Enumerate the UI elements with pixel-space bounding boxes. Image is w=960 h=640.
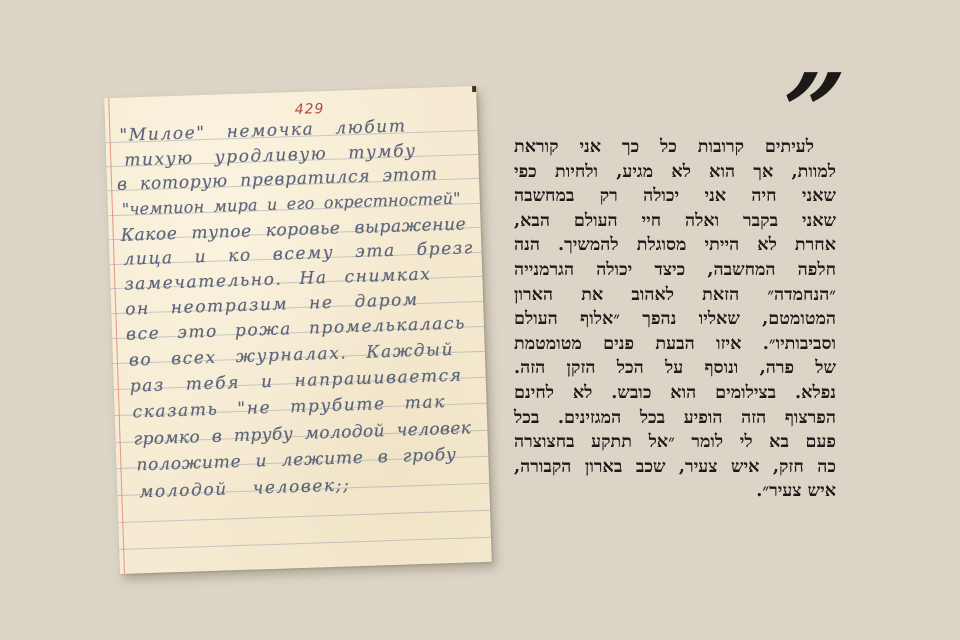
page-number: 429: [294, 101, 324, 118]
handwritten-line: сказать "не трубите так: [132, 392, 446, 422]
handwritten-line: положите и лежите в гробу: [136, 445, 457, 476]
handwritten-line: громко в трубу молодой человек: [133, 418, 471, 449]
handwritten-line: во всех журналах. Каждый: [129, 340, 455, 371]
quote-text: לעיתים קרובות כל כך אני קוראת למוות, אך …: [514, 135, 836, 504]
letter-paper: 429 "Милое" немочка любит тихую уродливу…: [104, 86, 492, 574]
quote-line: פעם בא לי לומר ״אל תתקע בחצוצרה: [514, 430, 836, 455]
handwritten-line: молодой человек;;: [139, 475, 351, 502]
quote-line: של פרה, ונוסף על הכל הזקן הזה.: [514, 356, 836, 381]
quote-line: ״הנחמדה״ הזאת לאהוב את הארון: [514, 283, 836, 308]
paper-rule: [118, 510, 490, 523]
paper-rule: [119, 537, 491, 550]
handwritten-line: все это рожа промелькалась: [126, 313, 467, 344]
quote-line: נפלא. בצילומים הוא כובש. לא לחינם: [514, 381, 836, 406]
handwritten-line: раз тебя и напрашивается: [129, 366, 462, 397]
quote-line: איש צעיר״.: [514, 479, 836, 504]
quote-line: שאני חיה אני יכולה רק במחשבה: [514, 184, 836, 209]
quote-line: וסביבותיו״. איזו הבעת פנים מטומטמת: [514, 332, 836, 357]
quote-line: הפרצוף הזה הופיע בכל המגזינים. בכל: [514, 406, 836, 431]
handwritten-letter: 429 "Милое" немочка любит тихую уродливу…: [104, 86, 492, 574]
quote-line: אחרת לא הייתי מסוגלת להמשיך. הנה: [514, 233, 836, 258]
quote-line: כה חזק, איש צעיר, שכב בארון הקבורה,: [514, 455, 836, 480]
quote-line: חלפה המחשבה, כיצד יכולה הגרמנייה: [514, 258, 836, 283]
handwritten-line: он неотразим не даром: [125, 290, 419, 320]
quote-line: לעיתים קרובות כל כך אני קוראת: [514, 135, 836, 160]
quote-line: שאני בקבר ואלה חיי העולם הבא,: [514, 209, 836, 234]
quote-line: למוות, אך הוא לא מגיע, ולחיות כפי: [514, 160, 836, 185]
handwritten-line: "Милое" немочка любит: [119, 116, 407, 146]
quote-line: המטומטם, שאליו נהפך ״אלוף העולם: [514, 307, 836, 332]
paper-corner-shadow: [472, 86, 476, 92]
paper-margin-line: [108, 98, 125, 574]
